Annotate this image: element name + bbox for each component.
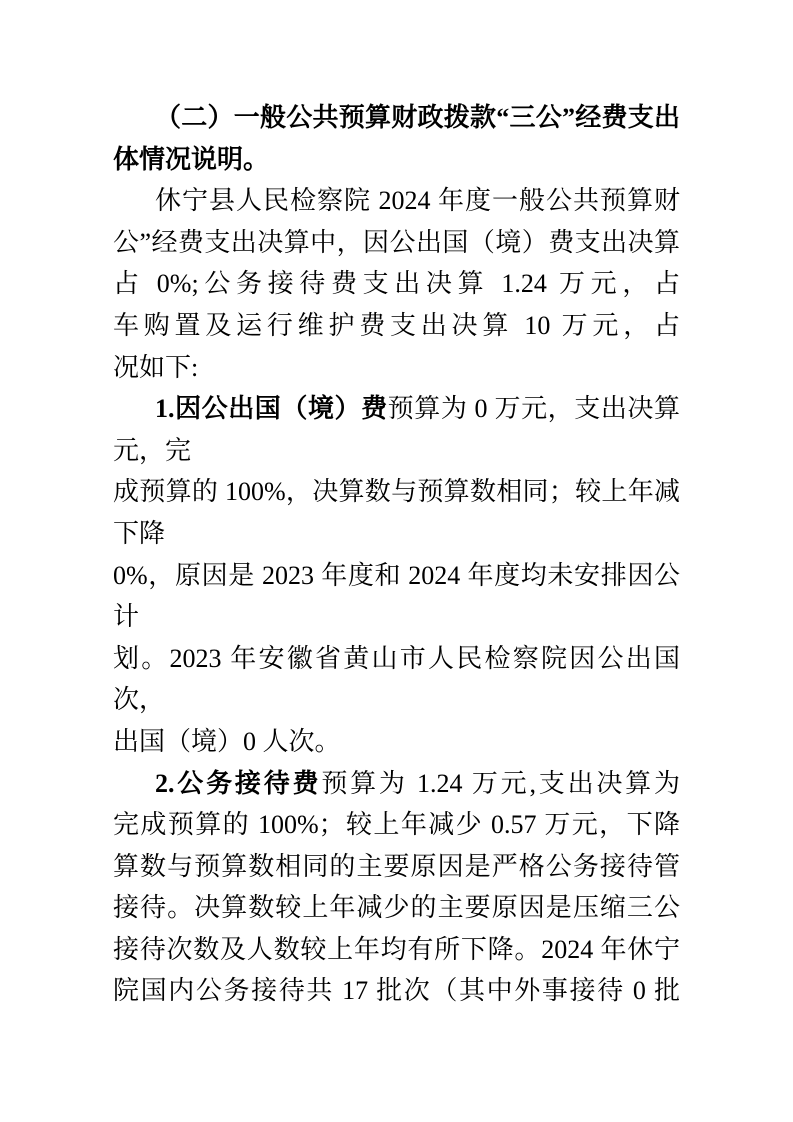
text-line: 算数与预算数相同的主要原因是严格公务接待管理，无预算不 <box>113 846 680 888</box>
text-line: 完成预算的 100%；较上年减少 0.57 万元，下降 31.49%。决 <box>113 804 680 846</box>
text-segment: 次， <box>113 685 165 714</box>
text-line: 占 0%;公务接待费支出决算 1.24 万元，占 11.03%；公务用 <box>113 263 680 305</box>
text-segment: 接待次数及人数较上年均有所下降。2024 年休宁县人民检察 <box>113 935 680 971</box>
text-segment: 体情况说明。 <box>113 145 269 174</box>
text-line: 2.公务接待费预算为 1.24 万元,支出决算为 1.24 万元， <box>113 763 680 805</box>
text-segment: 接待。决算数较上年减少的主要原因是压缩三公经费，公务 <box>113 893 680 929</box>
text-line: 车购置及运行维护费支出决算 10 万元，占 88.97%。具体情 <box>113 305 680 347</box>
text-segment: 出国（境）0 人次。 <box>113 727 341 756</box>
text-segment: 公”经费支出决算中，因公出国（境）费支出决算 0 万元， <box>113 228 680 264</box>
text-segment: 元，完 <box>113 436 191 465</box>
text-line: 况如下: <box>113 347 680 389</box>
text-line: （二）一般公共预算财政拨款“三公”经费支出决算具 <box>113 97 680 139</box>
text-line: 出国（境）0 人次。 <box>113 721 680 763</box>
text-line: 元，完 <box>113 430 680 472</box>
text-line: 划。2023 年安徽省黄山市人民检察院因公出国（境）团组 0 <box>113 638 680 680</box>
text-segment: 划。2023 年安徽省黄山市人民检察院因公出国（境）团组 0 <box>113 644 680 680</box>
text-line: 接待次数及人数较上年均有所下降。2024 年休宁县人民检察 <box>113 929 680 971</box>
text-line: 1.因公出国（境）费预算为 0 万元，支出决算为 0 万 <box>113 388 680 430</box>
text-line: 计 <box>113 596 680 638</box>
text-segment: 车购置及运行维护费支出决算 10 万元，占 88.97%。具体情 <box>113 311 680 347</box>
text-line: 次， <box>113 679 680 721</box>
text-segment: 占 0%;公务接待费支出决算 1.24 万元，占 11.03%；公务用 <box>113 269 680 305</box>
text-segment: 0%，原因是 2023 年度和 2024 年度均未安排因公出国（境） <box>113 561 680 597</box>
text-line: 0%，原因是 2023 年度和 2024 年度均未安排因公出国（境） <box>113 555 680 597</box>
text-line: 院国内公务接待共 17 批次（其中外事接待 0 批次），183 人 <box>113 970 680 1012</box>
document-body: （二）一般公共预算财政拨款“三公”经费支出决算具体情况说明。休宁县人民检察院 2… <box>113 97 680 1012</box>
text-segment: 成预算的 100%，决算数与预算数相同；较上年减少 0 万元， <box>113 477 680 513</box>
text-line: 下降 <box>113 513 680 555</box>
text-segment: 计 <box>113 602 139 631</box>
text-segment: 休宁县人民检察院 2024 年度一般公共预算财政拨款“三 <box>113 186 680 222</box>
text-line: 体情况说明。 <box>113 139 680 181</box>
text-line: 成预算的 100%，决算数与预算数相同；较上年减少 0 万元， <box>113 471 680 513</box>
text-segment: 完成预算的 100%；较上年减少 0.57 万元，下降 31.49%。决 <box>113 810 680 846</box>
text-segment: 况如下: <box>113 353 198 382</box>
text-segment: 1.因公出国（境）费 <box>155 394 388 423</box>
text-segment: 算数与预算数相同的主要原因是严格公务接待管理，无预算不 <box>113 852 680 888</box>
text-line: 公”经费支出决算中，因公出国（境）费支出决算 0 万元， <box>113 222 680 264</box>
text-segment: （二）一般公共预算财政拨款“三公”经费支出决算具 <box>113 103 680 139</box>
text-line: 休宁县人民检察院 2024 年度一般公共预算财政拨款“三 <box>113 180 680 222</box>
text-segment: 2.公务接待费 <box>155 769 321 798</box>
text-segment: 院国内公务接待共 17 批次（其中外事接待 0 批次），183 人 <box>113 976 680 1012</box>
document-page: （二）一般公共预算财政拨款“三公”经费支出决算具体情况说明。休宁县人民检察院 2… <box>0 0 793 1122</box>
text-line: 接待。决算数较上年减少的主要原因是压缩三公经费，公务 <box>113 887 680 929</box>
text-segment: 下降 <box>113 519 165 548</box>
